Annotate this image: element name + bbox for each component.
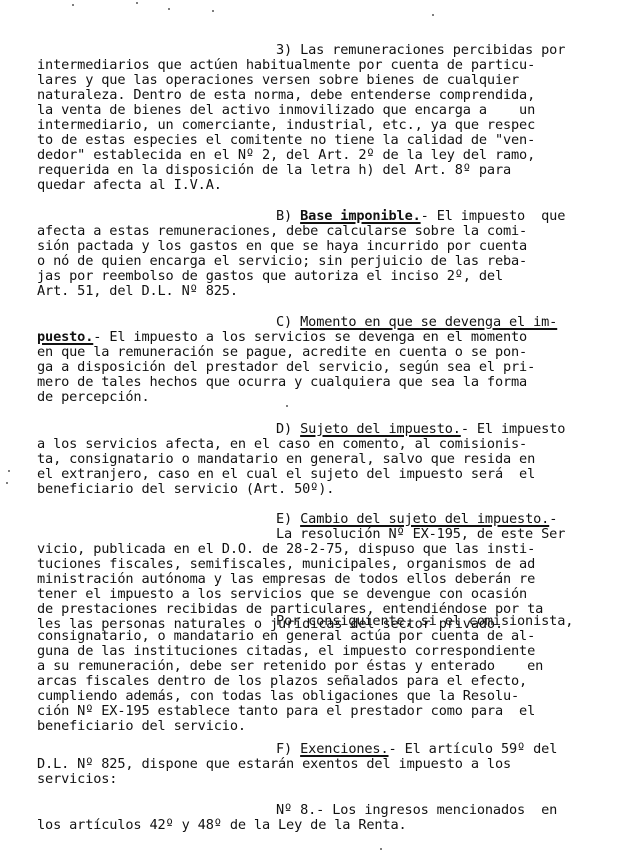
text-line: vicio, publicada en el D.O. de 28-2-75, …	[37, 542, 597, 557]
text-line: servicios:	[37, 772, 597, 787]
section-marker: C)	[276, 314, 292, 330]
text-line: a los servicios afecta, en el caso en co…	[37, 437, 597, 452]
text-line: jas por reembolso de gastos que autoriza…	[37, 269, 597, 284]
heading-continuation: - El artículo 59º del	[389, 741, 558, 757]
section-b-heading-line: B) Base imponible.- El impuesto que	[276, 209, 597, 224]
section-marker: B)	[276, 208, 292, 224]
text-line: la venta de bienes del activo inmoviliza…	[37, 103, 597, 118]
section-e-second-line: La resolución Nº EX-195, de este Ser	[276, 527, 597, 542]
section-e-heading-line: E) Cambio del sujeto del impuesto.-	[276, 512, 597, 527]
section-marker: F)	[276, 741, 292, 757]
text-line: consignatario, o mandatario en general a…	[37, 629, 597, 644]
section-f-heading-line: F) Exenciones.- El artículo 59º del	[276, 742, 597, 757]
text-line: en que la remuneración se pague, acredit…	[37, 345, 597, 360]
section-marker: E)	[276, 511, 292, 527]
text-line: dedor" establecida en el Nº 2, del Art. …	[37, 148, 597, 163]
text-line: intermediario, un comerciante, industria…	[37, 118, 597, 133]
scan-speck	[168, 8, 170, 10]
text-line: cumpliendo además, con todas las obligac…	[37, 689, 597, 704]
section-heading: Momento en que se devenga el im-	[300, 314, 557, 330]
item-n8-first-line: Nº 8.- Los ingresos mencionados en	[276, 803, 597, 818]
section-heading: Sujeto del impuesto.	[300, 421, 461, 437]
section-c-second-line: puesto.- El impuesto a los servicios se …	[37, 330, 597, 345]
text-line: to de estas especies el comitente no tie…	[37, 133, 597, 148]
scan-speck	[212, 10, 214, 12]
scan-speck	[136, 2, 138, 4]
text-line: tener el impuesto a los servicios que se…	[37, 587, 597, 602]
section-heading-continuation: puesto.	[37, 329, 93, 345]
item-3-first-line: 3) Las remuneraciones percibidas por	[276, 43, 597, 58]
text-line: o nó de quien encarga el servicio; sin p…	[37, 254, 597, 269]
section-heading: Cambio del sujeto del impuesto.	[300, 511, 549, 527]
text-line: arcas fiscales dentro de los plazos seña…	[37, 674, 597, 689]
text-line: mero de tales hechos que ocurra y cualqu…	[37, 375, 597, 390]
scan-speck	[286, 405, 288, 407]
scan-speck	[380, 848, 382, 850]
text-line: intermediarios que actúen habitualmente …	[37, 58, 597, 73]
text-line: Art. 51, del D.L. Nº 825.	[37, 284, 597, 299]
text-line: sión pactada y los gastos en que se haya…	[37, 239, 597, 254]
heading-continuation: - El impuesto que	[421, 208, 566, 224]
text-line: los artículos 42º y 48º de la Ley de la …	[37, 818, 597, 833]
scan-speck	[6, 482, 8, 484]
text-line: de percepción.	[37, 390, 597, 405]
section-d-heading-line: D) Sujeto del impuesto.- El impuesto	[276, 422, 597, 437]
paragraph-first-line: Por consiguiente, si el comisionista,	[276, 614, 597, 629]
text-line: ta, consignatario o mandatario en genera…	[37, 452, 597, 467]
section-c-heading-line: C) Momento en que se devenga el im-	[276, 315, 597, 330]
scanned-document-page: 3) Las remuneraciones percibidas por int…	[0, 0, 630, 862]
text-line: quedar afecta al I.V.A.	[37, 178, 597, 193]
text-line: guna de las instituciones citadas, el im…	[37, 644, 597, 659]
text-line: naturaleza. Dentro de esta norma, debe e…	[37, 88, 597, 103]
text-line: requerida en la disposición de la letra …	[37, 163, 597, 178]
heading-continuation: - El impuesto	[461, 421, 565, 437]
text-line: lares y que las operaciones versen sobre…	[37, 73, 597, 88]
section-heading: Base imponible.	[300, 208, 421, 224]
text-line: el extranjero, caso en el cual el sujeto…	[37, 467, 597, 482]
text-line: beneficiario del servicio.	[37, 719, 597, 734]
text-line: afecta a estas remuneraciones, debe calc…	[37, 224, 597, 239]
section-heading: Exenciones.	[300, 741, 388, 757]
section-marker: D)	[276, 421, 292, 437]
text-line: beneficiario del servicio (Art. 50º).	[37, 482, 597, 497]
scan-speck	[72, 4, 74, 6]
scan-speck	[432, 14, 434, 16]
heading-continuation: - El impuesto a los servicios se devenga…	[93, 329, 527, 345]
text-line: D.L. Nº 825, dispone que estarán exentos…	[37, 757, 597, 772]
text-line: ministración autónoma y las empresas de …	[37, 572, 597, 587]
text-line: tuciones fiscales, semifiscales, municip…	[37, 557, 597, 572]
scan-speck	[8, 470, 10, 472]
heading-continuation: -	[549, 511, 557, 527]
text-line: ción Nº EX-195 establece tanto para el p…	[37, 704, 597, 719]
text-line: a su remuneración, debe ser retenido por…	[37, 659, 597, 674]
text-line: ga a disposición del prestador del servi…	[37, 360, 597, 375]
